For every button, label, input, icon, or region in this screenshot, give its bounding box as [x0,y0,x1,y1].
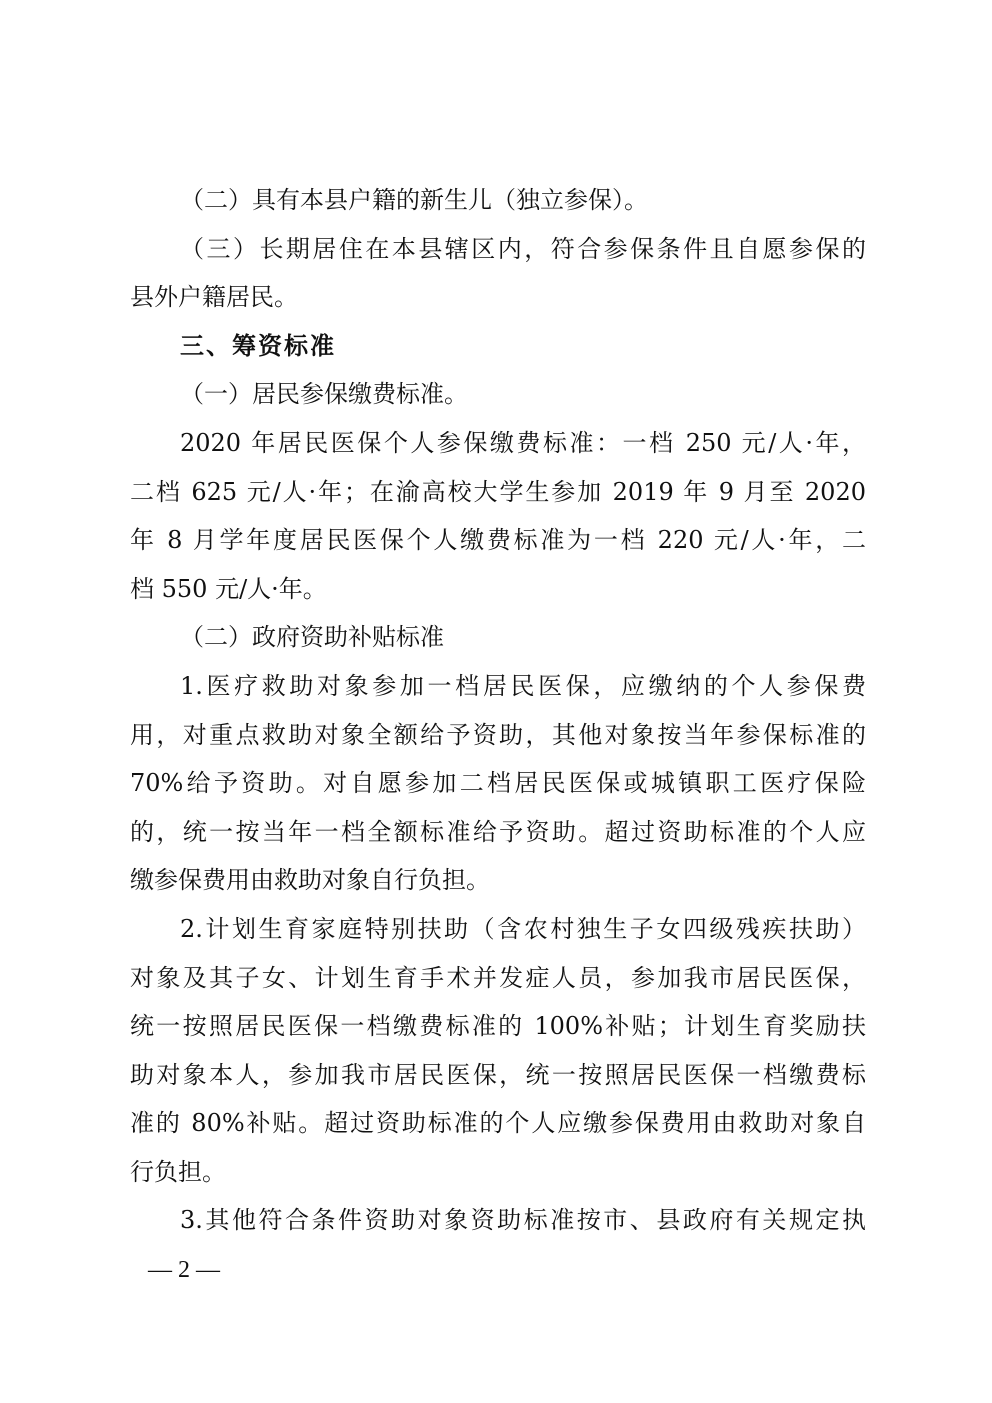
paragraph-line: 行负担。 [130,1148,866,1197]
page-number: — 2 — [148,1255,220,1285]
paragraph-line: 档 550 元/人·年。 [130,565,866,614]
paragraph-line: 县外户籍居民。 [130,273,866,322]
paragraph-line: 1.医疗救助对象参加一档居民医保，应缴纳的个人参保费 [130,662,866,711]
paragraph-line: 3.其他符合条件资助对象资助标准按市、县政府有关规定执 [130,1196,866,1245]
document-body: （二）具有本县户籍的新生儿（独立参保）。 （三）长期居住在本县辖区内，符合参保条… [130,176,866,1245]
paragraph-line: 2.计划生育家庭特别扶助（含农村独生子女四级残疾扶助） [130,905,866,954]
subsection-heading: （一）居民参保缴费标准。 [130,370,866,419]
paragraph-line: 对象及其子女、计划生育手术并发症人员，参加我市居民医保， [130,954,866,1003]
section-heading: 三、筹资标准 [130,322,866,371]
subsection-heading: （二）政府资助补贴标准 [130,613,866,662]
paragraph-line: （三）长期居住在本县辖区内，符合参保条件且自愿参保的 [130,225,866,274]
paragraph-line: （二）具有本县户籍的新生儿（独立参保）。 [130,176,866,225]
paragraph-line: 的，统一按当年一档全额标准给予资助。超过资助标准的个人应 [130,808,866,857]
document-page: （二）具有本县户籍的新生儿（独立参保）。 （三）长期居住在本县辖区内，符合参保条… [0,0,992,1403]
paragraph-line: 统一按照居民医保一档缴费标准的 100%补贴；计划生育奖励扶 [130,1002,866,1051]
paragraph-line: 年 8 月学年度居民医保个人缴费标准为一档 220 元/人·年，二 [130,516,866,565]
paragraph-line: 助对象本人，参加我市居民医保，统一按照居民医保一档缴费标 [130,1051,866,1100]
paragraph-line: 2020 年居民医保个人参保缴费标准：一档 250 元/人·年， [130,419,866,468]
paragraph-line: 用，对重点救助对象全额给予资助，其他对象按当年参保标准的 [130,711,866,760]
paragraph-line: 缴参保费用由救助对象自行负担。 [130,856,866,905]
paragraph-line: 70%给予资助。对自愿参加二档居民医保或城镇职工医疗保险 [130,759,866,808]
paragraph-line: 准的 80%补贴。超过资助标准的个人应缴参保费用由救助对象自 [130,1099,866,1148]
paragraph-line: 二档 625 元/人·年；在渝高校大学生参加 2019 年 9 月至 2020 [130,468,866,517]
